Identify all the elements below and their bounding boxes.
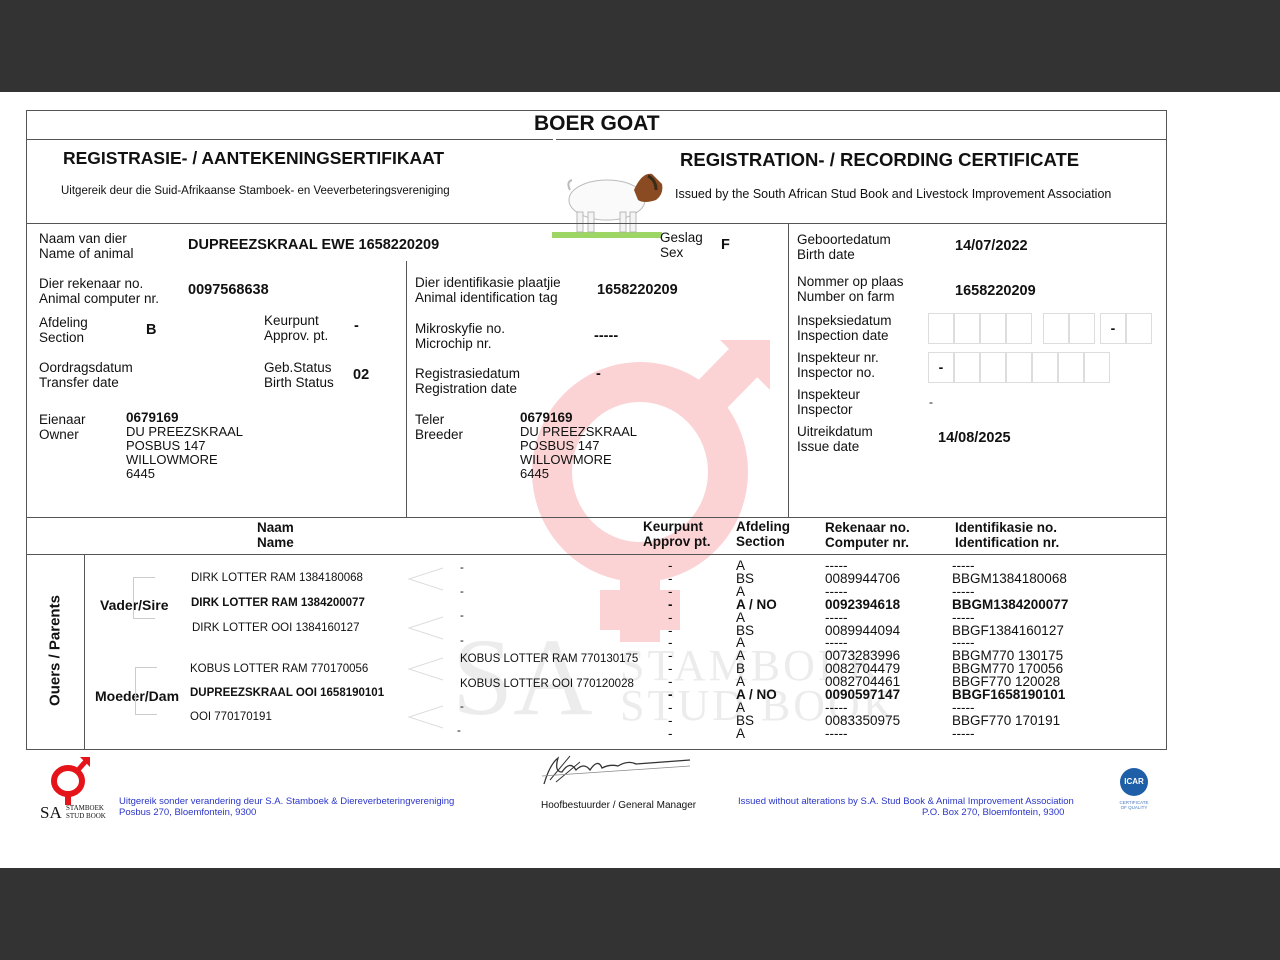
grandparent-name: - (460, 610, 464, 622)
name-label: Naam van dierName of animal (39, 231, 134, 261)
subtitle-english: Issued by the South African Stud Book an… (675, 187, 1111, 201)
row-identification-nr: ----- (952, 701, 974, 714)
registration-date: - (596, 366, 601, 382)
row-approv-pt: - (668, 701, 673, 714)
row-computer-nr: ----- (825, 701, 847, 714)
footer-afrikaans-line1: Uitgereik sonder verandering deur S.A. S… (119, 796, 454, 807)
owner-number: 0679169 (126, 411, 243, 425)
sire-name: DIRK LOTTER RAM 1384200077 (191, 597, 365, 609)
signature-title: Hoofbestuurder / General Manager (541, 800, 696, 811)
birth-status-label: Geb.StatusBirth Status (264, 360, 334, 390)
row-section: A (736, 611, 745, 624)
pedigree-header-approv: KeurpuntApprov pt. (643, 519, 711, 549)
sa-logo-subtext: STAMBOEK STUD BOOK (66, 804, 106, 820)
certificate-page: SA STAMBOEK STUD BOOK BOER GOAT REGISTRA… (0, 92, 1280, 868)
row-identification-nr: BBGM1384180068 (952, 572, 1067, 585)
grandparent-name: KOBUS LOTTER OOI 770120028 (460, 678, 634, 690)
footer-english-line1: Issued without alterations by S.A. Stud … (738, 796, 1074, 807)
inspection-date-box (954, 313, 980, 344)
breeder-line: DU PREEZSKRAAL (520, 425, 637, 439)
row-section: A (736, 585, 745, 598)
icar-caption: CERTIFICATE OF QUALITY (1114, 800, 1154, 810)
issue-date: 14/08/2025 (938, 430, 1011, 446)
owner-line: 6445 (126, 467, 243, 481)
row-approv-pt: - (668, 727, 673, 740)
section-value: B (146, 322, 156, 338)
row-approv-pt: - (668, 585, 673, 598)
parents-side-label: Ouers / Parents (47, 586, 64, 716)
pedigree-header-name: NaamName (257, 520, 294, 550)
grandparent-name: - (457, 725, 461, 737)
inspector-nr-label: Inspekteur nr.Inspector no. (797, 350, 879, 380)
inspection-date-box (980, 313, 1006, 344)
sire-sire-name: DIRK LOTTER RAM 1384180068 (191, 572, 363, 584)
section-label: AfdelingSection (39, 315, 88, 345)
dam-dam-name: OOI 770170191 (190, 711, 272, 723)
birth-date: 14/07/2022 (955, 238, 1028, 254)
microchip-label: Mikroskyfie no.Microchip nr. (415, 321, 505, 351)
pedigree-branch-icon (405, 656, 445, 682)
subtitle-afrikaans: Uitgereik deur die Suid-Afrikaanse Stamb… (61, 185, 450, 197)
grandparent-name: - (460, 562, 464, 574)
pedigree-header-ident: Identifikasie no.Identification nr. (955, 520, 1059, 550)
inspector-nr-box (954, 352, 980, 383)
inspection-date-box (1006, 313, 1032, 344)
inspector-nr-box (1058, 352, 1084, 383)
pedigree-header-computer: Rekenaar no.Computer nr. (825, 520, 910, 550)
row-section: A (736, 701, 745, 714)
inspector-nr-box: - (928, 352, 954, 383)
breed-title: BOER GOAT (534, 112, 660, 136)
owner-block: 0679169 DU PREEZSKRAAL POSBUS 147 WILLOW… (126, 411, 243, 481)
row-identification-nr: BBGM1384200077 (952, 598, 1068, 611)
owner-line: WILLOWMORE (126, 453, 243, 467)
inspection-date-box (1126, 313, 1152, 344)
icar-badge-icon: ICAR (1120, 768, 1148, 796)
boer-goat-image (552, 160, 682, 240)
inspection-date-box (928, 313, 954, 344)
dam-name: DUPREEZSKRAAL OOI 1658190101 (190, 687, 384, 699)
row-computer-nr: ----- (825, 585, 847, 598)
sire-dam-name: DIRK LOTTER OOI 1384160127 (192, 622, 359, 634)
row-section: A / NO (736, 598, 777, 611)
pedigree-branch-icon (405, 704, 445, 730)
grandparent-name: - (460, 586, 464, 598)
inspector-nr-box (1084, 352, 1110, 383)
row-section: A (736, 727, 745, 740)
registration-date-label: RegistrasiedatumRegistration date (415, 366, 520, 396)
row-identification-nr: ----- (952, 585, 974, 598)
breeder-line: WILLOWMORE (520, 453, 637, 467)
inspector-label: InspekteurInspector (797, 387, 860, 417)
computer-nr: 0097568638 (188, 282, 269, 298)
grandparent-name: - (460, 701, 464, 713)
approv-pt-label: KeurpuntApprov. pt. (264, 313, 328, 343)
inspector-value: - (929, 395, 933, 409)
bottom-dark-band (0, 868, 1280, 960)
row-computer-nr: ----- (825, 727, 847, 740)
approv-pt-value: - (354, 318, 359, 334)
pedigree-branch-icon (405, 566, 445, 592)
row-approv-pt: - (668, 572, 673, 585)
inspector-nr-box (1032, 352, 1058, 383)
breeder-line: 6445 (520, 467, 637, 481)
microchip-value: ----- (594, 328, 618, 344)
signature-image (540, 752, 700, 788)
footer-english-line2: P.O. Box 270, Bloemfontein, 9300 (922, 807, 1064, 818)
farm-nr-label: Nommer op plaasNumber on farm (797, 274, 904, 304)
pedigree-header-section: AfdelingSection (736, 519, 790, 549)
row-approv-pt: - (668, 714, 673, 727)
grandparent-name: KOBUS LOTTER RAM 770130175 (460, 653, 638, 665)
row-identification-nr: ----- (952, 727, 974, 740)
breeder-line: POSBUS 147 (520, 439, 637, 453)
animal-name: DUPREEZSKRAAL EWE 1658220209 (188, 237, 439, 253)
row-identification-nr: ----- (952, 611, 974, 624)
tag-label: Dier identifikasie plaatjieAnimal identi… (415, 275, 561, 305)
top-dark-band (0, 0, 1280, 92)
inspector-nr-box (1006, 352, 1032, 383)
row-computer-nr: 0089944706 (825, 572, 900, 585)
inspection-date-box: - (1100, 313, 1126, 344)
animal-tag: 1658220209 (597, 282, 678, 298)
row-identification-nr: BBGF770 170191 (952, 714, 1060, 727)
row-computer-nr: 0083350975 (825, 714, 900, 727)
row-approv-pt: - (668, 611, 673, 624)
birth-status: 02 (353, 367, 369, 383)
owner-line: POSBUS 147 (126, 439, 243, 453)
breeder-block: 0679169 DU PREEZSKRAAL POSBUS 147 WILLOW… (520, 411, 637, 481)
breeder-label: TelerBreeder (415, 412, 463, 442)
inspection-date-box (1069, 313, 1095, 344)
birth-date-label: GeboortedatumBirth date (797, 232, 891, 262)
farm-nr: 1658220209 (955, 283, 1036, 299)
grandparent-name: - (460, 635, 464, 647)
issue-date-label: UitreikdatumIssue date (797, 424, 873, 454)
transfer-date-label: OordragsdatumTransfer date (39, 360, 133, 390)
row-section: BS (736, 572, 754, 585)
sa-logo-text: SA (40, 803, 62, 823)
breeder-number: 0679169 (520, 411, 637, 425)
sa-studbook-logo-icon (48, 757, 92, 805)
row-approv-pt: - (668, 598, 673, 611)
computer-nr-label: Dier rekenaar no.Animal computer nr. (39, 276, 159, 306)
animal-sex: F (721, 237, 730, 253)
owner-label: EienaarOwner (39, 412, 86, 442)
inspection-date-box (1043, 313, 1069, 344)
row-computer-nr: 0092394618 (825, 598, 900, 611)
sex-label: GeslagSex (660, 230, 703, 260)
title-english: REGISTRATION- / RECORDING CERTIFICATE (680, 149, 1079, 171)
dam-sire-name: KOBUS LOTTER RAM 770170056 (190, 663, 368, 675)
title-afrikaans: REGISTRASIE- / AANTEKENINGSERTIFIKAAT (63, 148, 444, 169)
inspector-nr-box (980, 352, 1006, 383)
row-computer-nr: ----- (825, 611, 847, 624)
footer-afrikaans-line2: Posbus 270, Bloemfontein, 9300 (119, 807, 256, 818)
pedigree-branch-icon (405, 615, 445, 641)
inspection-date-label: InspeksiedatumInspection date (797, 313, 892, 343)
owner-line: DU PREEZSKRAAL (126, 425, 243, 439)
row-section: BS (736, 714, 754, 727)
